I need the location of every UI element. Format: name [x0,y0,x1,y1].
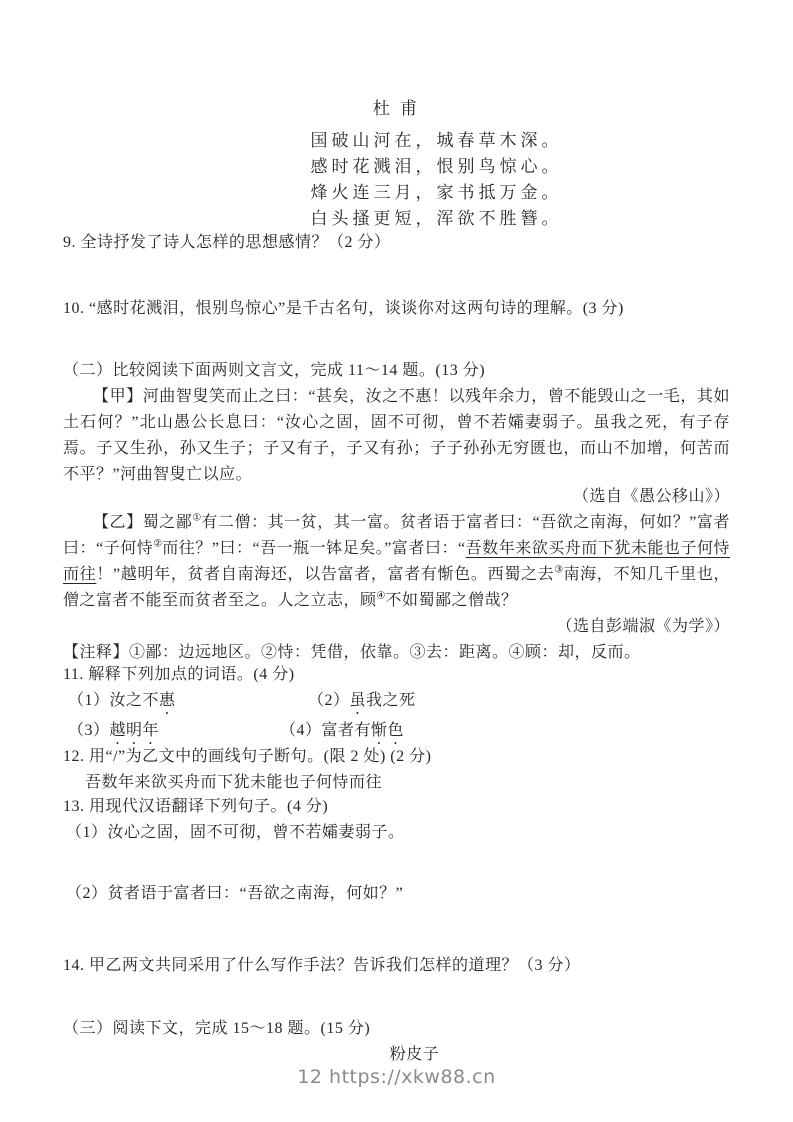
item-3-text: （3） [68,722,110,739]
question-13-item-2: （2）贫者语于富者曰：“吾欲之南海，何如？” [63,881,730,907]
item-4-dotted-word: 惭色 [371,722,404,739]
passage-jia: 【甲】河曲智叟笑而止之曰：“甚矣，汝之不惠！以残年余力，曾不能毁山之一毛，其如土… [63,384,730,488]
question-11-row-1: （1）汝之不惠 （2）虽我之死 [63,688,730,718]
page-content: 杜 甫 国破山河在，城春草木深。 感时花溅泪，恨别鸟惊心。 烽火连三月，家书抵万… [0,0,793,1068]
question-14: 14. 甲乙两文共同采用了什么写作手法？告诉我们怎样的道理？（3 分） [63,953,730,979]
poem-line-3: 烽火连三月，家书抵万金。 [143,180,730,206]
poem-line-1: 国破山河在，城春草木深。 [143,128,730,154]
poem-author: 杜 甫 [63,96,730,122]
section-3-heading: （三）阅读下文，完成 15～18 题。(15 分) [63,1016,730,1042]
question-12: 12. 用“/”为乙文中的画线句子断句。(限 2 处) (2 分) [63,744,730,770]
passage-yi-seg1: 【乙】蜀之鄙 [93,514,192,531]
question-11-item-2: （2）虽我之死 [308,688,416,718]
footnote-marker-2: ② [153,539,162,550]
passage-yi-seg6: 不如蜀鄙之僧哉？ [385,592,517,609]
passage-jia-text: 【甲】河曲智叟笑而止之曰：“甚矣，汝之不惠！以残年余力，曾不能毁山之一毛，其如土… [63,388,730,483]
section-2-heading: （二）比较阅读下面两则文言文，完成 11～14 题。(13 分) [63,358,730,384]
question-9: 9. 全诗抒发了诗人怎样的思想感情？（2 分） [63,230,730,256]
question-13: 13. 用现代汉语翻译下列句子。(4 分) [63,794,730,820]
question-10: 10. “感时花溅泪，恨别鸟惊心”是千古名句，谈谈你对这两句诗的理解。(3 分) [63,296,730,322]
item-1-dotted-word: 惠 [159,692,176,709]
passage-yi: 【乙】蜀之鄙①有二僧：其一贫，其一富。贫者语于富者曰：“吾欲之南海，何如？”富者… [63,510,730,614]
section-3-passage-title: 粉皮子 [63,1042,730,1068]
item-2-tail: 我之死 [366,692,416,709]
passage-yi-seg3: 而往？”曰：“吾一瓶一钵足矣。”富者曰：“ [162,540,465,557]
item-1-text: （1）汝之不 [68,692,159,709]
question-12-sentence: 吾数年来欲买舟而下犹未能也子何恃而往 [63,770,730,796]
item-3-dotted-word: 越明年 [110,722,160,739]
question-13-item-1: （1）汝心之固，固不可彻，曾不若孀妻弱子。 [63,820,730,846]
footer-watermark: 12 https://xkw88.cn [0,1066,793,1088]
exam-page: 杜 甫 国破山河在，城春草木深。 感时花溅泪，恨别鸟惊心。 烽火连三月，家书抵万… [0,0,793,1122]
poem-line-4: 白头搔更短，浑欲不胜簪。 [143,206,730,232]
poem-line-2: 感时花溅泪，恨别鸟惊心。 [143,154,730,180]
passage-yi-seg4: ！”越明年，贫者自南海还，以告富者，富者有惭色。西蜀之去 [96,566,554,583]
poem: 国破山河在，城春草木深。 感时花溅泪，恨别鸟惊心。 烽火连三月，家书抵万金。 白… [63,128,730,232]
item-4-text: （4）富者有 [280,722,371,739]
passage-yi-source: （选自彭端淑《为学》） [63,614,730,640]
item-2-text: （2） [308,692,350,709]
question-11-item-1: （1）汝之不惠 [68,688,308,718]
item-2-dotted-word: 虽 [350,692,367,709]
